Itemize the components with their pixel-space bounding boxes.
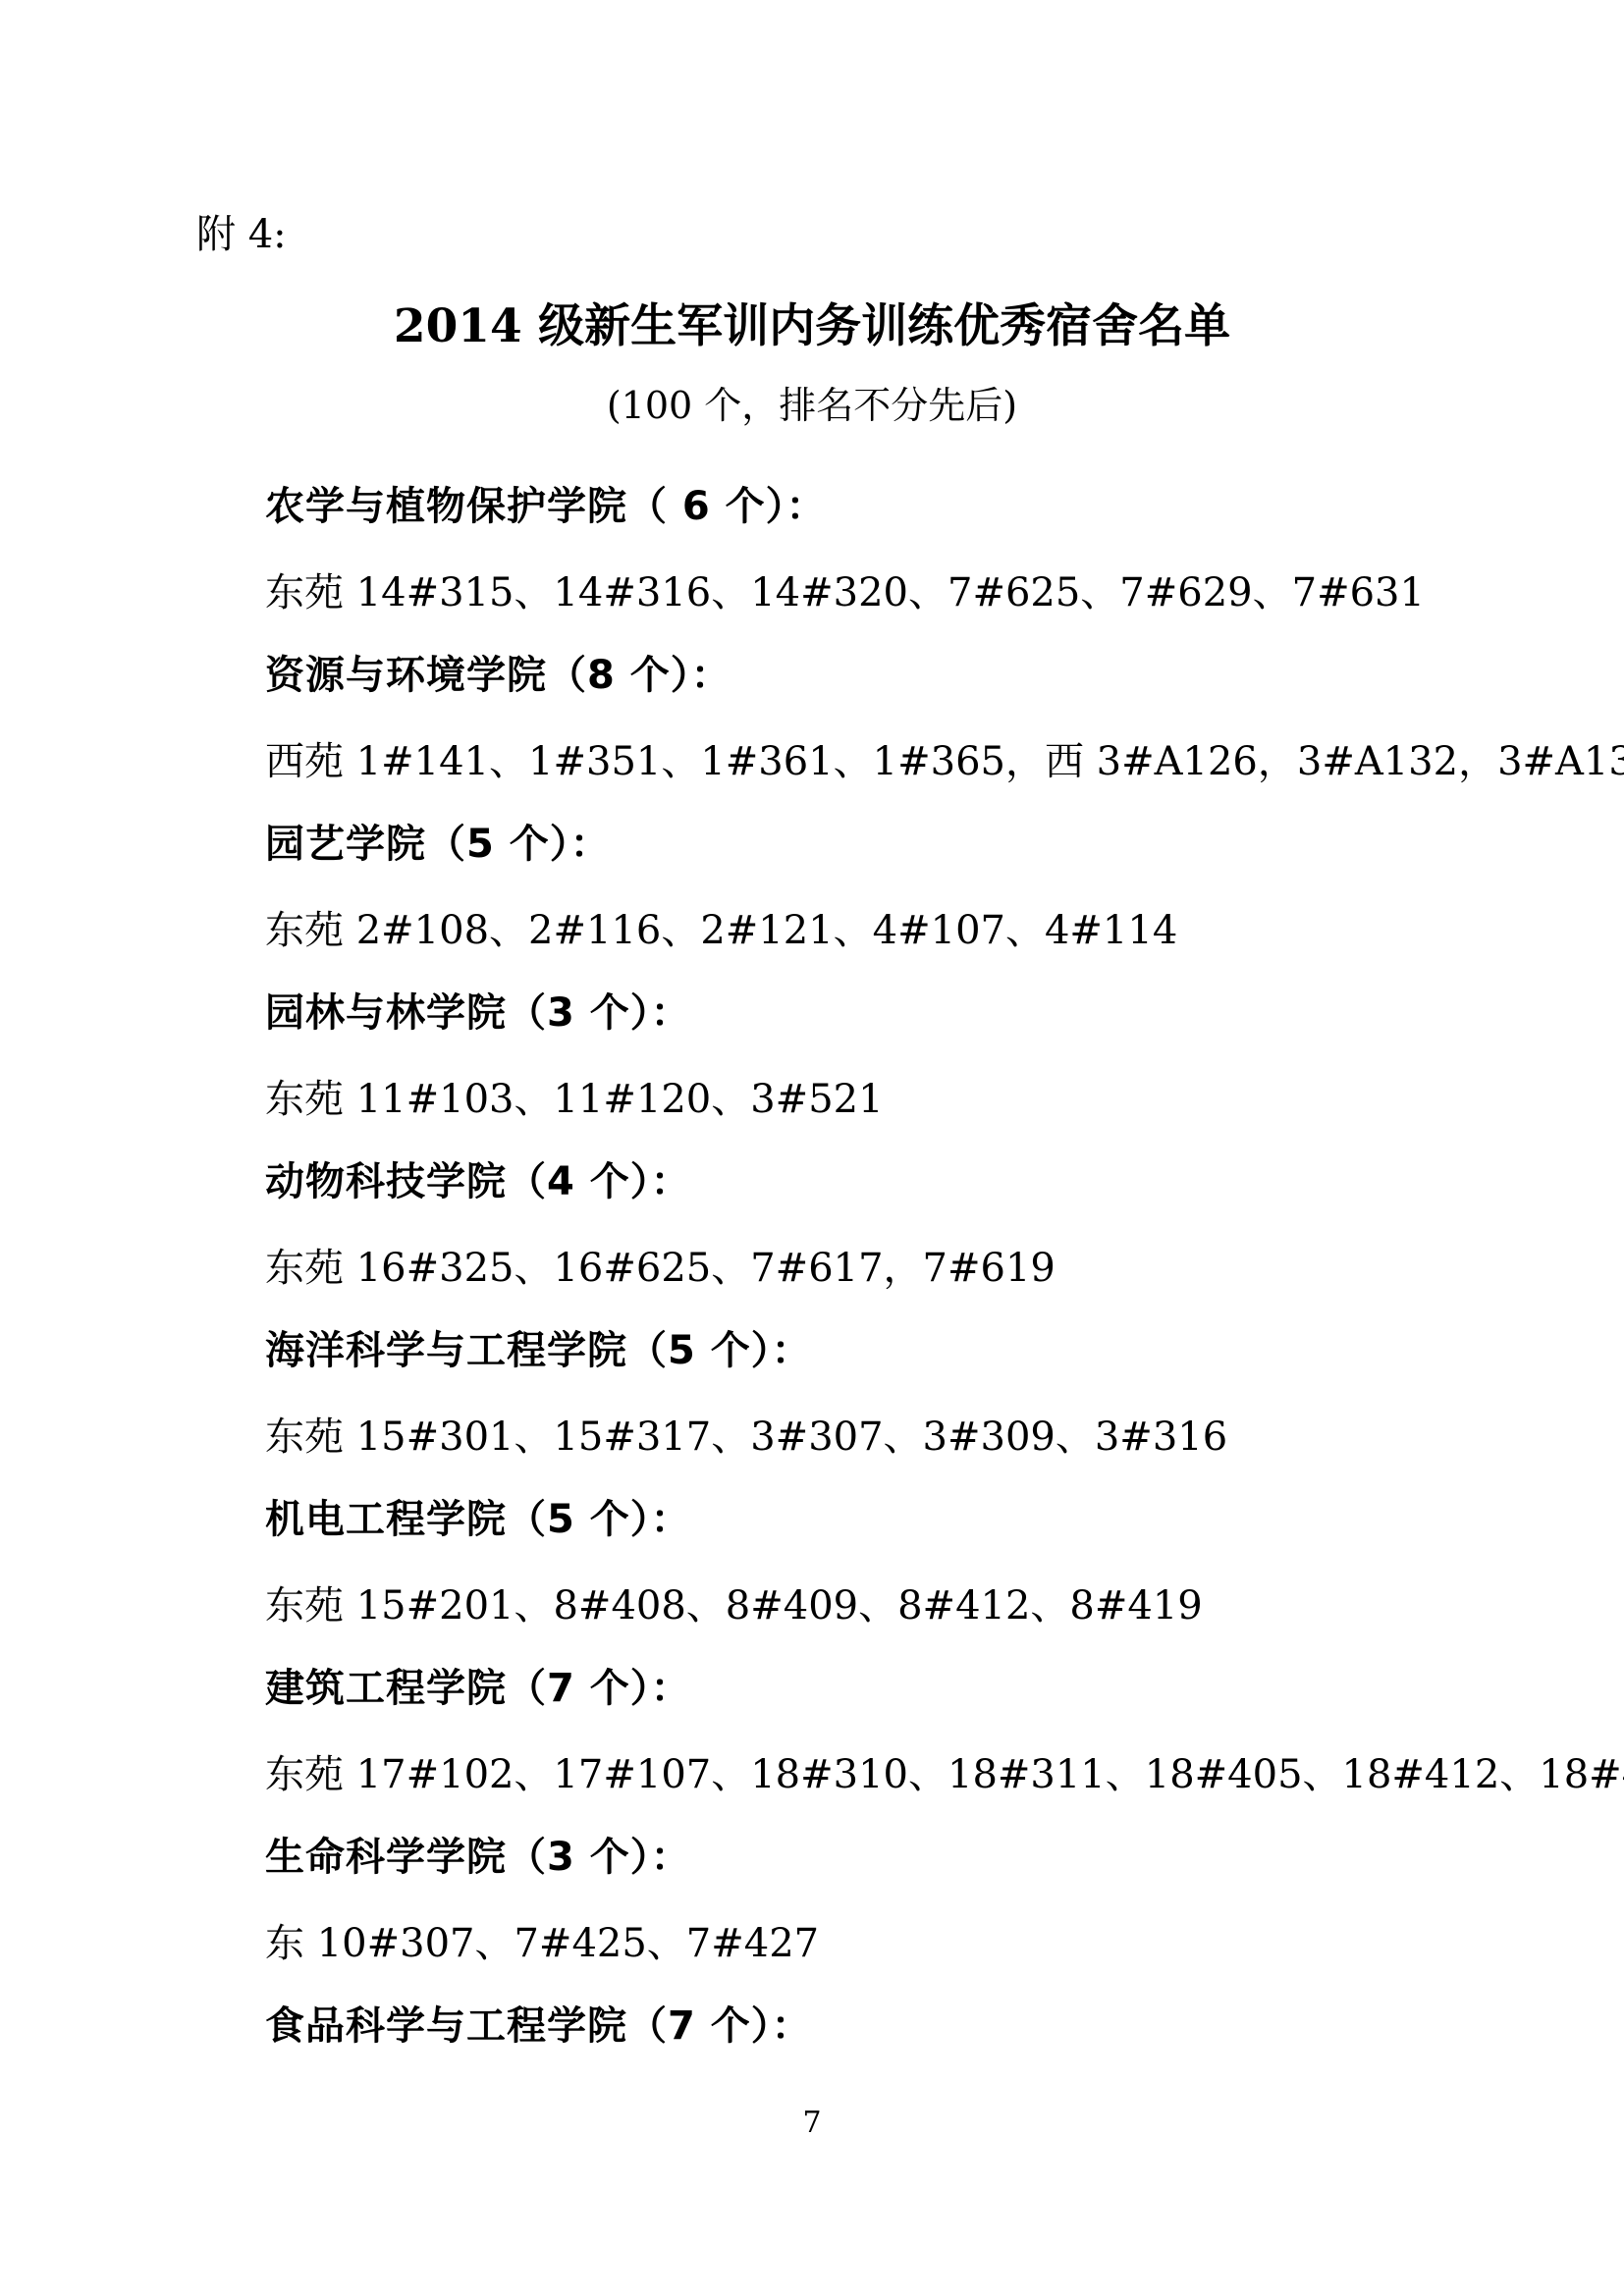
college-name-line: 机电工程学院（5 个）： [265,1499,1487,1541]
college-name-line: 资源与环境学院（8 个）： [265,655,1487,697]
dorm-room-list: 东苑 16#325、16#625、7#617，7#619 [265,1248,1487,1289]
dorm-room-list: 东苑 11#103、11#120、3#521 [265,1079,1487,1120]
college-name-line: 生命科学学院（3 个）： [265,1837,1487,1879]
college-name-line: 建筑工程学院（7 个）： [265,1668,1487,1710]
college-name-line: 海洋科学与工程学院（5 个）： [265,1330,1487,1372]
document-page: 附 4: 2014 级新生军训内务训练优秀宿舍名单 (100 个，排名不分先后)… [0,0,1624,2296]
section-life-sciences: 生命科学学院（3 个）： 东 10#307、7#425、7#427 [265,1837,1487,1964]
section-agronomy-plant-protection: 农学与植物保护学院（ 6 个）： 东苑 14#315、14#316、14#320… [265,486,1487,614]
section-marine-science-engineering: 海洋科学与工程学院（5 个）： 东苑 15#301、15#317、3#307、3… [265,1330,1487,1458]
section-food-science-engineering: 食品科学与工程学院（7 个）： [265,2005,1487,2048]
document-title: 2014 级新生军训内务训练优秀宿舍名单 [118,302,1506,351]
dorm-room-list: 西苑 1#141、1#351、1#361、1#365，西 3#A126，3#A1… [265,741,1487,782]
college-name-line: 动物科技学院（4 个）： [265,1161,1487,1203]
section-horticulture: 园艺学院（5 个）： 东苑 2#108、2#116、2#121、4#107、4#… [265,824,1487,951]
college-name-line: 农学与植物保护学院（ 6 个）： [265,486,1487,528]
section-construction-engineering: 建筑工程学院（7 个）： 东苑 17#102、17#107、18#310、18#… [265,1668,1487,1795]
section-animal-science: 动物科技学院（4 个）： 东苑 16#325、16#625、7#617，7#61… [265,1161,1487,1289]
dorm-room-list: 东苑 15#301、15#317、3#307、3#309、3#316 [265,1416,1487,1458]
dorm-room-list: 东苑 17#102、17#107、18#310、18#311、18#405、18… [265,1754,1487,1795]
college-name-line: 园林与林学院（3 个）： [265,992,1487,1035]
section-landscape-forestry: 园林与林学院（3 个）： 东苑 11#103、11#120、3#521 [265,992,1487,1120]
attachment-label: 附 4: [196,214,1624,255]
page-number: 7 [0,2107,1624,2140]
section-mechanical-electrical-engineering: 机电工程学院（5 个）： 东苑 15#201、8#408、8#409、8#412… [265,1499,1487,1627]
dorm-room-list: 东苑 15#201、8#408、8#409、8#412、8#419 [265,1585,1487,1627]
dorm-room-list: 东苑 14#315、14#316、14#320、7#625、7#629、7#63… [265,572,1487,614]
document-subtitle: (100 个，排名不分先后) [118,385,1506,426]
section-resources-environment: 资源与环境学院（8 个）： 西苑 1#141、1#351、1#361、1#365… [265,655,1487,782]
dorm-room-list: 东 10#307、7#425、7#427 [265,1923,1487,1964]
college-name-line: 食品科学与工程学院（7 个）： [265,2005,1487,2048]
college-sections-list: 农学与植物保护学院（ 6 个）： 东苑 14#315、14#316、14#320… [265,486,1487,2048]
college-name-line: 园艺学院（5 个）： [265,824,1487,866]
dorm-room-list: 东苑 2#108、2#116、2#121、4#107、4#114 [265,910,1487,951]
